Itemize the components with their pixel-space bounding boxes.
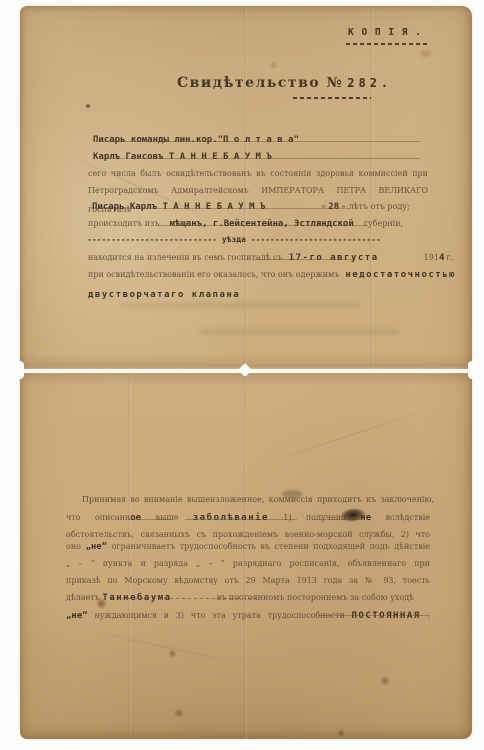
ruled-line bbox=[318, 615, 430, 616]
text-segment: при освидѣтельствованіи его оказалось, ч… bbox=[88, 270, 339, 279]
permanent-value: ПОСТОЯННАЯ bbox=[352, 611, 421, 621]
wrinkle bbox=[82, 628, 249, 665]
diagnosis-value: недостаточностью bbox=[345, 270, 456, 280]
title-text: Свидѣтельство № bbox=[177, 75, 343, 91]
text-segment: --------------------------- уѣзда ------… bbox=[87, 235, 381, 244]
ruled-line bbox=[100, 158, 420, 159]
uyezd-dashes-line: --------------------------- уѣзда ------… bbox=[87, 227, 381, 246]
text-segment: „ – “ пункта и разряда „ – “ разряднаго … bbox=[66, 559, 430, 568]
text-segment: г. bbox=[446, 253, 453, 262]
text-segment: 191 bbox=[424, 253, 439, 262]
fold-edge-wear-right bbox=[468, 361, 476, 379]
field-diagnosis-cont: двустворчатаго клапана bbox=[88, 282, 240, 301]
certificate-page: К О П І Я . Свидѣтельство №282. Писарь к… bbox=[20, 6, 472, 739]
text-segment: что описанн bbox=[66, 513, 130, 522]
ne-value: „не“ bbox=[66, 611, 88, 621]
stain bbox=[168, 649, 177, 658]
ruled-line bbox=[100, 141, 420, 142]
stain bbox=[380, 676, 390, 686]
text-segment: выше bbox=[141, 513, 193, 522]
ruled-line bbox=[158, 225, 368, 226]
document-title: Свидѣтельство №282. bbox=[177, 75, 392, 91]
text-segment: вслѣдствіе bbox=[371, 513, 430, 522]
bleed-through-text bbox=[200, 328, 400, 335]
conclusion-line-1: Принимая во вниманіе вышеизложенное, ком… bbox=[82, 487, 434, 506]
stain bbox=[270, 62, 277, 69]
text-segment: оно bbox=[66, 542, 85, 551]
text-segment: ограничиваетъ трудоспособность въ степен… bbox=[107, 542, 430, 551]
diagnosis-value-2: двустворчатаго клапана bbox=[88, 290, 240, 300]
text-segment: нуждающимся и 3) что эта утрата трудоспо… bbox=[88, 611, 352, 620]
copy-underline bbox=[346, 43, 430, 45]
ruled-line bbox=[185, 519, 297, 520]
ink-smudge bbox=[282, 490, 302, 498]
text-segment: « bbox=[321, 202, 326, 211]
copy-label: К О П І Я . bbox=[348, 27, 422, 38]
text-segment: сего числа былъ освидѣтельствованъ въ со… bbox=[88, 169, 428, 178]
text-segment: Принимая во вниманіе вышеизложенное, ком… bbox=[82, 495, 434, 504]
certificate-number: 282. bbox=[347, 76, 392, 90]
stain bbox=[418, 48, 434, 59]
ruled-line bbox=[110, 598, 260, 599]
stain bbox=[86, 104, 90, 108]
ruled-line bbox=[95, 208, 350, 209]
number-underline bbox=[293, 97, 371, 99]
ruled-line bbox=[255, 259, 355, 260]
text-segment: находится на излеченіи въ семъ госпиталѣ… bbox=[88, 253, 283, 262]
field-diagnosis-intro: при освидѣтельствованіи его оказалось, ч… bbox=[88, 262, 456, 281]
bleed-through-text bbox=[120, 302, 360, 309]
wrinkle bbox=[254, 407, 435, 468]
stain bbox=[96, 598, 107, 609]
stain bbox=[174, 708, 184, 718]
text-segment: приказѣ по Морскому вѣдомству отъ 29 Мар… bbox=[66, 576, 430, 585]
conclusion-line-7: дѣлаетъ Таннебаумавъ постоянномъ посторо… bbox=[66, 585, 414, 604]
stain bbox=[337, 729, 345, 737]
fold-edge-wear-left bbox=[16, 361, 24, 379]
text-segment: » лѣтъ отъ роду; bbox=[341, 202, 410, 211]
conclusion-line-8: „не“ нуждающимся и 3) что эта утрата тру… bbox=[66, 603, 430, 622]
ruled-line bbox=[128, 519, 170, 520]
